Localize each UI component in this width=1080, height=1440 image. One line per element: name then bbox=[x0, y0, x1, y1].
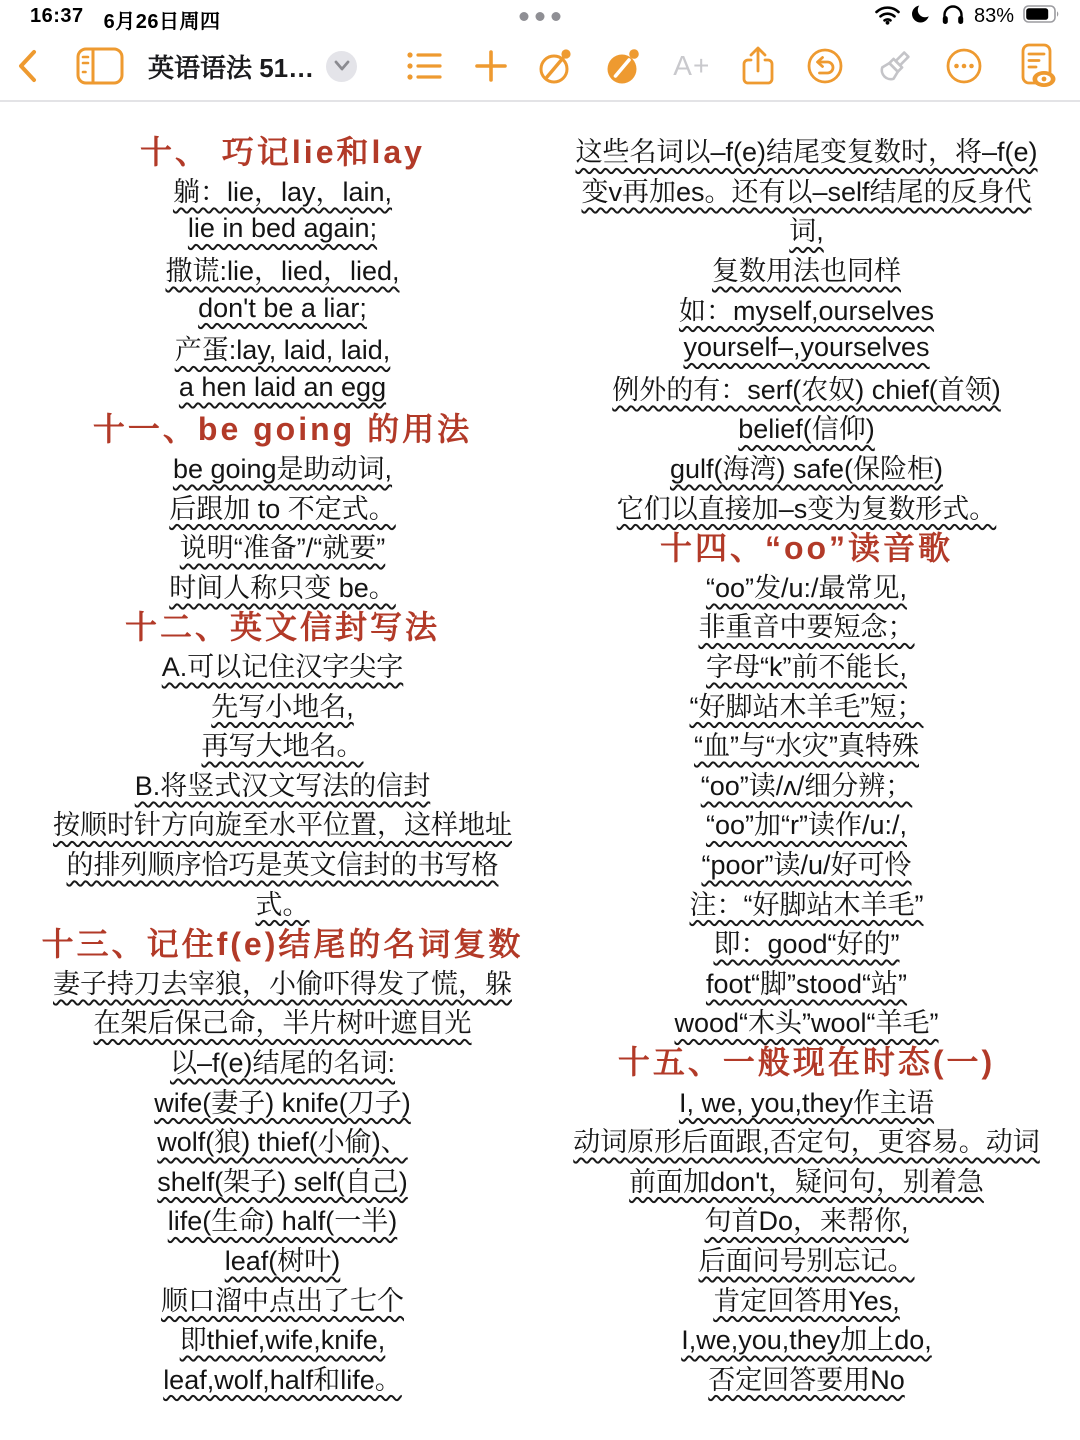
note-line: 变v再加es。还有以–self结尾的反身代 bbox=[543, 170, 1070, 210]
notes-app-window: 16:37 6月26日周四 bbox=[0, 0, 1080, 1440]
checklist-icon bbox=[405, 47, 443, 85]
note-line: 例外的有：serf(农奴) chief(首领) bbox=[543, 368, 1070, 408]
note-line: gulf(海湾) safe(保险柜) bbox=[543, 447, 1070, 487]
note-line: 即：good“好的” bbox=[543, 922, 1070, 962]
headphones-icon bbox=[941, 4, 965, 30]
note-line: 注：“好脚站木羊毛” bbox=[543, 882, 1070, 922]
sidebar-toggle-button[interactable] bbox=[76, 46, 124, 86]
more-button[interactable] bbox=[944, 46, 984, 86]
note-line: “oo”加“r”读作/u:/, bbox=[543, 803, 1070, 843]
undo-button[interactable] bbox=[805, 46, 845, 86]
note-line: B.将竖式汉文写法的信封 bbox=[30, 764, 535, 804]
note-line: 肯定回答用Yes, bbox=[543, 1278, 1070, 1318]
note-line: 的排列顺序恰巧是英文信封的书写格 bbox=[30, 843, 535, 883]
more-icon bbox=[944, 46, 984, 86]
note-line: leaf(树叶) bbox=[30, 1239, 535, 1279]
note-line: 动词原形后面跟,否定句，更容易。动词 bbox=[543, 1120, 1070, 1160]
note-line: I, we, you,they作主语 bbox=[543, 1080, 1070, 1120]
markup-brush-icon bbox=[875, 46, 915, 86]
note-line: 说明“准备”/“就要” bbox=[30, 526, 535, 566]
note-line: “好脚站木羊毛”短； bbox=[543, 684, 1070, 724]
note-line: 它们以直接加–s变为复数形式。 bbox=[543, 486, 1070, 526]
note-column-right: 这些名词以–f(e)结尾变复数时，将–f(e)变v再加es。还有以–self结尾… bbox=[543, 130, 1070, 1440]
section-heading: 十三、记住f(e)结尾的名词复数 bbox=[30, 922, 535, 962]
header: 16:37 6月26日周四 bbox=[0, 0, 1080, 102]
markup-brush-button[interactable] bbox=[875, 46, 915, 86]
note-line: 在架后保己命，半片树叶遮目光 bbox=[30, 1001, 535, 1041]
section-heading: 十四、“oo”读音歌 bbox=[543, 526, 1070, 566]
note-line: 后面问号别忘记。 bbox=[543, 1239, 1070, 1279]
note-line: 先写小地名, bbox=[30, 684, 535, 724]
marker-tool-button[interactable] bbox=[606, 46, 644, 86]
note-line: wood“木头”wool“羊毛” bbox=[543, 1001, 1070, 1041]
undo-icon bbox=[805, 46, 845, 86]
note-editor[interactable]: 十、 巧记lie和lay躺：lie，lay，lain,lie in bed ag… bbox=[0, 104, 1080, 1440]
note-line: leaf,wolf,half和life。 bbox=[30, 1357, 535, 1397]
note-line: 妻子持刀去宰狼，小偷吓得发了慌，躲 bbox=[30, 961, 535, 1001]
note-line: 非重音中要短念； bbox=[543, 605, 1070, 645]
note-line: 式。 bbox=[30, 882, 535, 922]
note-line: A.可以记住汉字尖字 bbox=[30, 645, 535, 685]
note-line: belief(信仰) bbox=[543, 407, 1070, 447]
note-line: lie in bed again; bbox=[30, 209, 535, 249]
chevron-down-icon bbox=[332, 59, 352, 73]
note-line: 即thief,wife,knife, bbox=[30, 1318, 535, 1358]
note-line: 句首Do，来帮你, bbox=[543, 1199, 1070, 1239]
note-column-left: 十、 巧记lie和lay躺：lie，lay，lain,lie in bed ag… bbox=[30, 130, 535, 1440]
plus-icon bbox=[473, 48, 509, 84]
note-line: “oo”读/ʌ/细分辨； bbox=[543, 764, 1070, 804]
section-heading: 十二、英文信封写法 bbox=[30, 605, 535, 645]
battery-percent: 83% bbox=[974, 5, 1014, 28]
section-heading: 十一、be going 的用法 bbox=[30, 407, 535, 447]
toolbar: 英语语法 51… bbox=[0, 32, 1080, 100]
status-bar: 16:37 6月26日周四 bbox=[0, 0, 1080, 32]
note-line: don't be a liar; bbox=[30, 288, 535, 328]
share-button[interactable] bbox=[740, 45, 776, 87]
note-line: 以–f(e)结尾的名词: bbox=[30, 1041, 535, 1081]
status-date: 6月26日周四 bbox=[104, 5, 221, 34]
note-line: foot“脚”stood“站” bbox=[543, 961, 1070, 1001]
note-line: “poor”读/u/好可怜 bbox=[543, 843, 1070, 883]
marker-pen-icon bbox=[606, 46, 644, 86]
note-line: “oo”发/u:/最常见, bbox=[543, 566, 1070, 606]
note-line: 再写大地名。 bbox=[30, 724, 535, 764]
note-line: 字母“k”前不能长, bbox=[543, 645, 1070, 685]
add-button[interactable] bbox=[473, 48, 509, 84]
share-icon bbox=[740, 45, 776, 87]
note-line: 如：myself,ourselves bbox=[543, 288, 1070, 328]
text-format-icon: A+ bbox=[673, 50, 710, 82]
note-line: wife(妻子) knife(刀子) bbox=[30, 1080, 535, 1120]
note-line: life(生命) half(一半) bbox=[30, 1199, 535, 1239]
pen-tool-button[interactable] bbox=[538, 46, 576, 86]
note-title: 英语语法 51… bbox=[148, 48, 314, 85]
note-line: 词, bbox=[543, 209, 1070, 249]
note-line: I,we,you,they加上do, bbox=[543, 1318, 1070, 1358]
moon-icon bbox=[910, 3, 932, 30]
note-line: shelf(架子) self(自己) bbox=[30, 1159, 535, 1199]
note-line: 复数用法也同样 bbox=[543, 249, 1070, 289]
wifi-icon bbox=[874, 4, 901, 30]
note-line: 这些名词以–f(e)结尾变复数时，将–f(e) bbox=[543, 130, 1070, 170]
note-line: 前面加don't，疑问句，别着急 bbox=[543, 1159, 1070, 1199]
note-title-group[interactable]: 英语语法 51… bbox=[148, 48, 357, 85]
reader-view-button[interactable] bbox=[1014, 43, 1058, 89]
status-time: 16:37 bbox=[30, 5, 84, 34]
note-line: “血”与“水灾”真特殊 bbox=[543, 724, 1070, 764]
note-line: wolf(狼) thief(小偷)、 bbox=[30, 1120, 535, 1160]
title-menu-button[interactable] bbox=[326, 51, 357, 82]
note-line: a hen laid an egg bbox=[30, 368, 535, 408]
checklist-button[interactable] bbox=[405, 47, 443, 85]
text-format-button[interactable]: A+ bbox=[673, 50, 710, 82]
note-line: 躺：lie，lay，lain, bbox=[30, 170, 535, 210]
battery-icon bbox=[1023, 5, 1060, 28]
note-line: be going是助动词, bbox=[30, 447, 535, 487]
note-line: 否定回答要用No bbox=[543, 1357, 1070, 1397]
section-heading: 十、 巧记lie和lay bbox=[30, 130, 535, 170]
note-line: 产蛋:lay, laid, laid, bbox=[30, 328, 535, 368]
note-line: 顺口溜中点出了七个 bbox=[30, 1278, 535, 1318]
note-line: 时间人称只变 be。 bbox=[30, 566, 535, 606]
note-line: yourself–,yourselves bbox=[543, 328, 1070, 368]
note-line: 后跟加 to 不定式。 bbox=[30, 486, 535, 526]
back-button[interactable] bbox=[16, 47, 40, 85]
multitask-indicator[interactable] bbox=[520, 12, 561, 21]
section-heading: 十五、一般现在时态(一) bbox=[543, 1041, 1070, 1081]
note-line: 按顺时针方向旋至水平位置，这样地址 bbox=[30, 803, 535, 843]
reader-view-icon bbox=[1014, 43, 1058, 89]
note-line: 撒谎:lie，lied，lied, bbox=[30, 249, 535, 289]
pen-icon bbox=[538, 46, 576, 86]
